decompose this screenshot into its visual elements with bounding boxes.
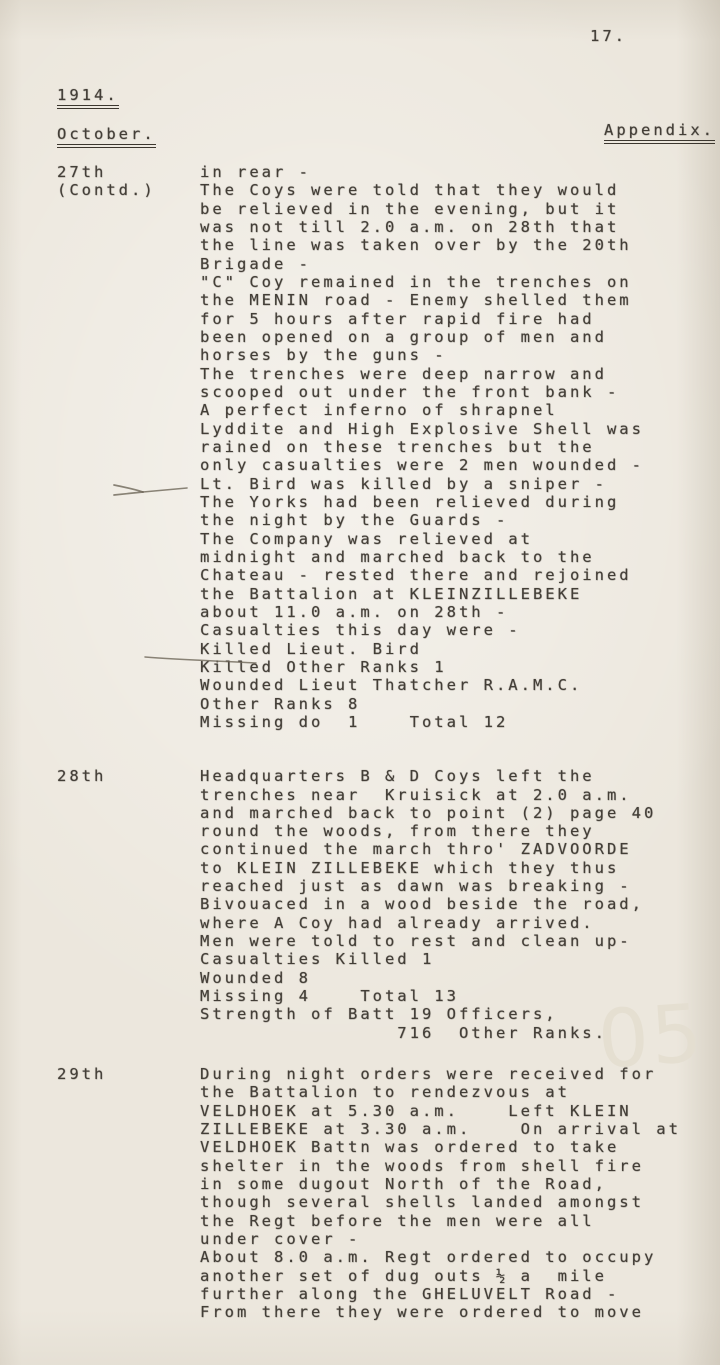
diary-line: the Regt before the men were all: [200, 1212, 700, 1230]
diary-line: reached just as dawn was breaking -: [200, 877, 700, 895]
diary-line: where A Coy had already arrived.: [200, 914, 700, 932]
diary-line: Lt. Bird was killed by a sniper -: [200, 475, 700, 493]
diary-line: was not till 2.0 a.m. on 28th that: [200, 218, 700, 236]
diary-line: Headquarters B & D Coys left the: [200, 767, 700, 785]
diary-line: Killed Other Ranks 1: [200, 658, 700, 676]
year-heading-text: 1914.: [57, 86, 119, 109]
diary-line: about 11.0 a.m. on 28th -: [200, 603, 700, 621]
diary-line: VELDHOEK at 5.30 a.m. Left KLEIN: [200, 1102, 700, 1120]
diary-line: Killed Lieut. Bird: [200, 640, 700, 658]
diary-line: The Company was relieved at: [200, 530, 700, 548]
diary-line: VELDHOEK Battn was ordered to take: [200, 1138, 700, 1156]
diary-line: Missing do 1 Total 12: [200, 713, 700, 731]
year-heading: 1914.: [57, 86, 119, 109]
diary-line: ZILLEBEKE at 3.30 a.m. On arrival at: [200, 1120, 700, 1138]
diary-line: A perfect inferno of shrapnel: [200, 401, 700, 419]
diary-line: the Battalion to rendezvous at: [200, 1083, 700, 1101]
diary-entry: 27th(Contd.) in rear -The Coys were told…: [0, 163, 720, 731]
diary-line: "C" Coy remained in the trenches on: [200, 273, 700, 291]
month-heading: October.: [57, 125, 156, 148]
diary-line: Missing 4 Total 13: [200, 987, 700, 1005]
diary-line: in rear -: [200, 163, 700, 181]
diary-line: only casualties were 2 men wounded -: [200, 456, 700, 474]
diary-line: the night by the Guards -: [200, 511, 700, 529]
diary-line: further along the GHELUVELT Road -: [200, 1285, 700, 1303]
diary-line: the MENIN road - Enemy shelled them: [200, 291, 700, 309]
diary-line: horses by the guns -: [200, 346, 700, 364]
diary-line: round the woods, from there they: [200, 822, 700, 840]
diary-line: The trenches were deep narrow and: [200, 365, 700, 383]
diary-line: trenches near Kruisick at 2.0 a.m.: [200, 786, 700, 804]
diary-line: been opened on a group of men and: [200, 328, 700, 346]
entry-body: in rear -The Coys were told that they wo…: [200, 163, 700, 731]
entry-date: 28th: [57, 767, 106, 785]
diary-line: Wounded 8: [200, 969, 700, 987]
diary-line: be relieved in the evening, but it: [200, 200, 700, 218]
diary-line: Lyddite and High Explosive Shell was: [200, 420, 700, 438]
appendix-heading-text: Appendix.: [604, 121, 715, 144]
diary-line: From there they were ordered to move: [200, 1303, 700, 1321]
diary-line: for 5 hours after rapid fire had: [200, 310, 700, 328]
diary-line: Brigade -: [200, 255, 700, 273]
diary-line: Chateau - rested there and rejoined: [200, 566, 700, 584]
page-number: 17.: [590, 27, 627, 45]
diary-line: Bivouaced in a wood beside the road,: [200, 895, 700, 913]
entry-date-label: 28th: [57, 767, 106, 785]
diary-line: Other Ranks 8: [200, 695, 700, 713]
entry-date: 27th(Contd.): [57, 163, 156, 200]
entry-date-label: 27th: [57, 163, 156, 181]
entry-body: Headquarters B & D Coys left thetrenches…: [200, 767, 700, 1042]
diary-line: About 8.0 a.m. Regt ordered to occupy: [200, 1248, 700, 1266]
diary-line: continued the march thro' ZADVOORDE: [200, 840, 700, 858]
diary-line: to KLEIN ZILLEBEKE which they thus: [200, 859, 700, 877]
diary-line: Casualties Killed 1: [200, 950, 700, 968]
diary-line: midnight and marched back to the: [200, 548, 700, 566]
entry-date-label: 29th: [57, 1065, 106, 1083]
diary-line: another set of dug outs ½ a mile: [200, 1267, 700, 1285]
diary-line: scooped out under the front bank -: [200, 383, 700, 401]
diary-line: Wounded Lieut Thatcher R.A.M.C.: [200, 676, 700, 694]
diary-entry: 28th Headquarters B & D Coys left thetre…: [0, 767, 720, 1042]
diary-entries: 27th(Contd.) in rear -The Coys were told…: [0, 163, 720, 1322]
diary-line: The Yorks had been relieved during: [200, 493, 700, 511]
appendix-heading: Appendix.: [604, 121, 715, 144]
diary-line: rained on these trenches but the: [200, 438, 700, 456]
diary-line: During night orders were received for: [200, 1065, 700, 1083]
diary-line: shelter in the woods from shell fire: [200, 1157, 700, 1175]
diary-line: Men were told to rest and clean up-: [200, 932, 700, 950]
diary-line: The Coys were told that they would: [200, 181, 700, 199]
entry-body: During night orders were received forthe…: [200, 1065, 700, 1322]
diary-line: in some dugout North of the Road,: [200, 1175, 700, 1193]
diary-line: under cover -: [200, 1230, 700, 1248]
diary-line: and marched back to point (2) page 40: [200, 804, 700, 822]
entry-date: 29th: [57, 1065, 106, 1083]
diary-line: Strength of Batt 19 Officers,: [200, 1005, 700, 1023]
month-heading-text: October.: [57, 125, 156, 148]
diary-line: 716 Other Ranks.: [200, 1024, 700, 1042]
diary-line: the Battalion at KLEINZILLEBEKE: [200, 585, 700, 603]
diary-line: the line was taken over by the 20th: [200, 236, 700, 254]
diary-line: Casualties this day were -: [200, 621, 700, 639]
diary-line: though several shells landed amongst: [200, 1193, 700, 1211]
diary-page: 05 17. 1914. October. Appendix. 27th(Con…: [0, 0, 720, 1365]
diary-entry: 29th During night orders were received f…: [0, 1065, 720, 1322]
entry-date-label: (Contd.): [57, 181, 156, 199]
